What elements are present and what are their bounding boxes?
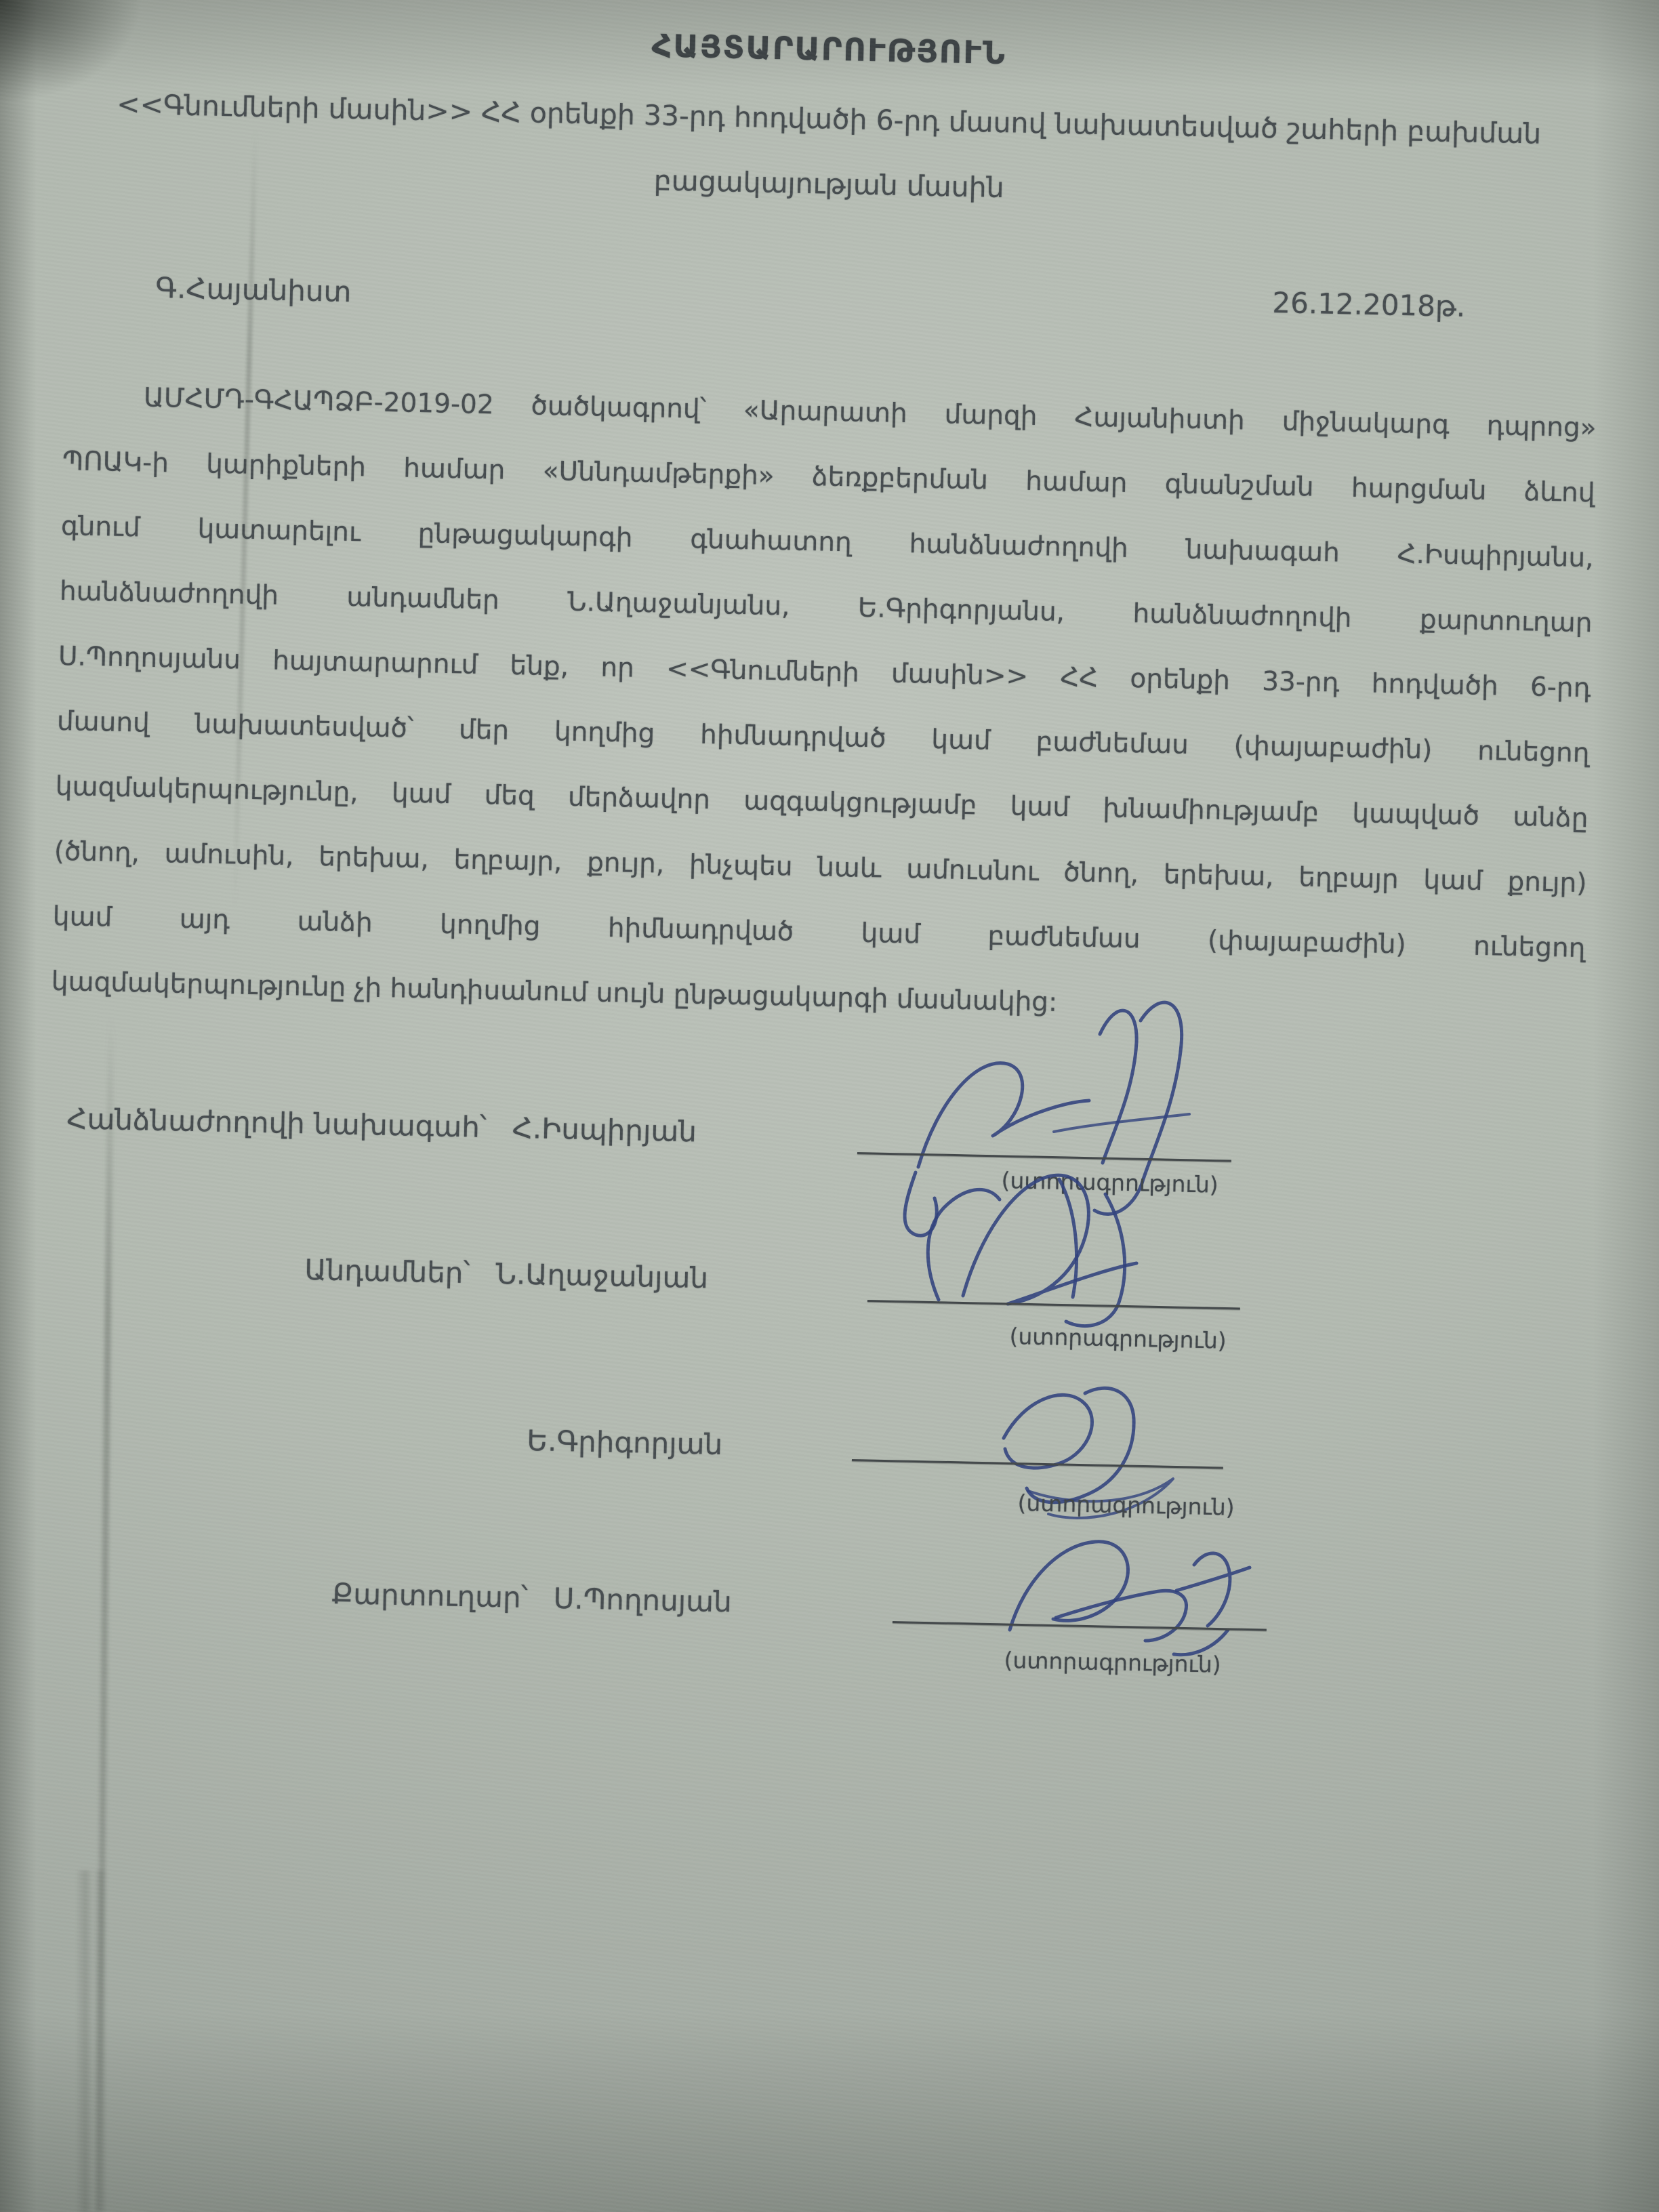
signature-role: Անդամներ՝ [304, 1253, 470, 1290]
signature-row-chairman: Հանձնաժողովի նախագահ՝Հ.Իսպիրյան [66, 1102, 697, 1148]
body-paragraph: ԱՄՀՄԴ-ԳՀԱՊՁԲ-2019-02 ծածկագրով՝ «Արարատի… [51, 364, 1597, 1046]
subtitle-line-2: բացակայության մասին [63, 152, 1595, 216]
date-line: 26.12.2018թ. [1272, 286, 1466, 323]
signature-ink-member-1 [898, 1167, 1230, 1336]
signature-name: Ս.Պողոսյան [553, 1582, 732, 1619]
document-photo: { "photo": { "paper_color": "#b3bab1", "… [0, 0, 1659, 2212]
signature-caption: (ստորագրություն) [1009, 1323, 1227, 1354]
subtitle-line-1: <<Գնումների մասին>> ՀՀ օրենքի 33-րդ հոդվ… [63, 87, 1595, 151]
signature-name: Հ.Իսպիրյան [512, 1111, 697, 1149]
paper-crease [96, 1017, 114, 2212]
signature-row-member-2: Ե.Գրիգորյան [527, 1424, 723, 1461]
signature-name: Ե.Գրիգորյան [527, 1424, 723, 1461]
signature-caption: (ստորագրություն) [1017, 1490, 1235, 1521]
signature-row-member-1: Անդամներ՝Ն.Աղաջանյան [304, 1253, 709, 1294]
signature-row-secretary: Քարտուղար՝Ս.Պողոսյան [331, 1577, 732, 1618]
signature-caption: (ստորագրություն) [1004, 1647, 1221, 1678]
signature-name: Ն.Աղաջանյան [495, 1257, 709, 1295]
signature-role: Հանձնաժողովի նախագահ՝ [66, 1102, 487, 1144]
signature-role: Քարտուղար՝ [331, 1577, 528, 1614]
place-line: Գ.Հայանիստ [155, 271, 352, 308]
paper-sheet: ՀԱՅՏԱՐԱՐՈՒԹՅՈՒՆ <<Գնումների մասին>> ՀՀ օ… [0, 0, 1659, 2212]
page-title: ՀԱՅՏԱՐԱՐՈՒԹՅՈՒՆ [63, 15, 1595, 83]
paper-crease [76, 1870, 107, 2212]
